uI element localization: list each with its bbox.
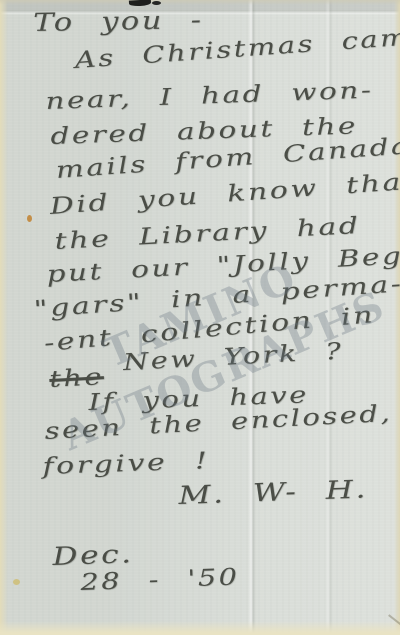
letter-date-day-year: 28 - '50 [80,564,240,596]
paper-edge-left [0,0,8,635]
foxing-spot [13,579,20,585]
paper-edge-bottom [0,621,400,635]
letter-page: To you - As Christmas came near, I had w… [0,0,400,635]
paper-edge-right [394,0,400,635]
strikethrough-word: the [49,364,105,393]
letter-line: forgive ! [42,448,210,480]
paper-tear [388,614,400,625]
foxing-spot [27,215,32,222]
letter-salutation: To you - [33,5,204,37]
letter-signature: M. W- H. [178,474,368,510]
letter-date-month: Dec. [52,539,134,571]
ink-smudge [152,1,161,5]
